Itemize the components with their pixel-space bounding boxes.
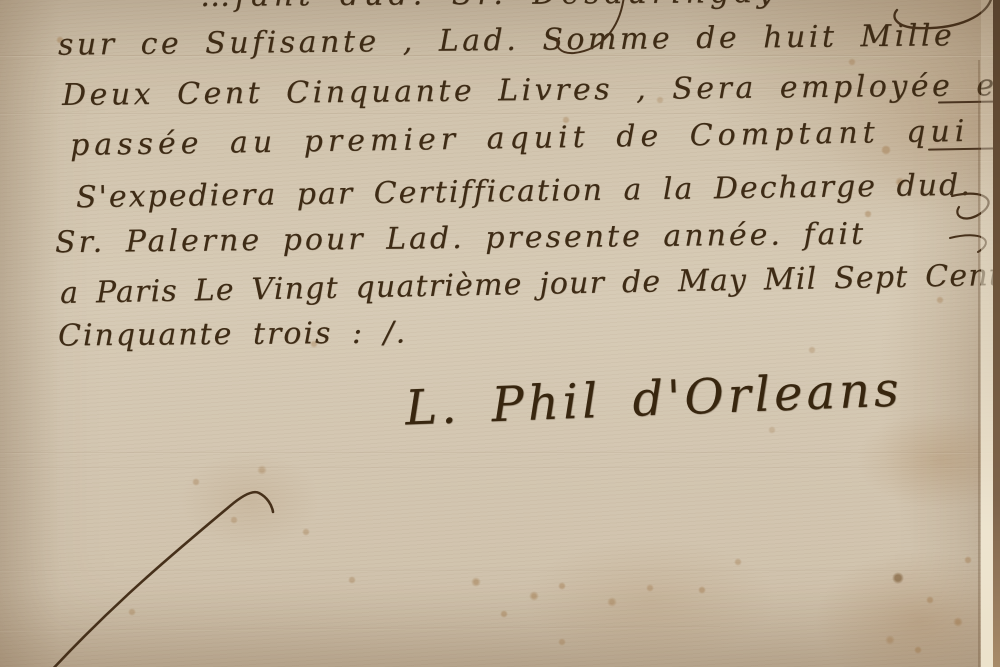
crease-line bbox=[0, 452, 1000, 454]
manuscript-page: …fant dud. Sr. Desauringay sur ce Sufisa… bbox=[0, 0, 1000, 667]
manuscript-line-3: Deux Cent Cinquante Livres , Sera employ… bbox=[62, 69, 1000, 113]
manuscript-line-5: S'expediera par Certiffication a la Dech… bbox=[76, 169, 972, 216]
crease-line bbox=[700, 160, 1000, 162]
pen-flourish-bottom-left bbox=[50, 492, 273, 667]
signature: L. Phil d'Orleans bbox=[404, 362, 903, 436]
manuscript-line-7: a Paris Le Vingt quatrième jour de May M… bbox=[60, 259, 1000, 312]
crease-line bbox=[0, 467, 1000, 469]
crease-line bbox=[0, 570, 1000, 572]
crease-line bbox=[0, 113, 1000, 115]
page-edge-crease bbox=[978, 60, 980, 667]
crease-line bbox=[0, 626, 720, 632]
manuscript-line-2: sur ce Sufisante , Lad. Somme de huit Mi… bbox=[58, 19, 956, 63]
manuscript-line-1: …fant dud. Sr. Desauringay bbox=[200, 0, 779, 15]
page-edge-shadow bbox=[993, 0, 1000, 667]
manuscript-line-6: Sr. Palerne pour Lad. presente année. fa… bbox=[55, 218, 866, 261]
manuscript-line-4: passée au premier aquit de Comptant qui bbox=[70, 115, 970, 164]
manuscript-line-8: Cinquante trois : /. bbox=[58, 316, 408, 354]
page-edge-highlight bbox=[981, 0, 993, 667]
